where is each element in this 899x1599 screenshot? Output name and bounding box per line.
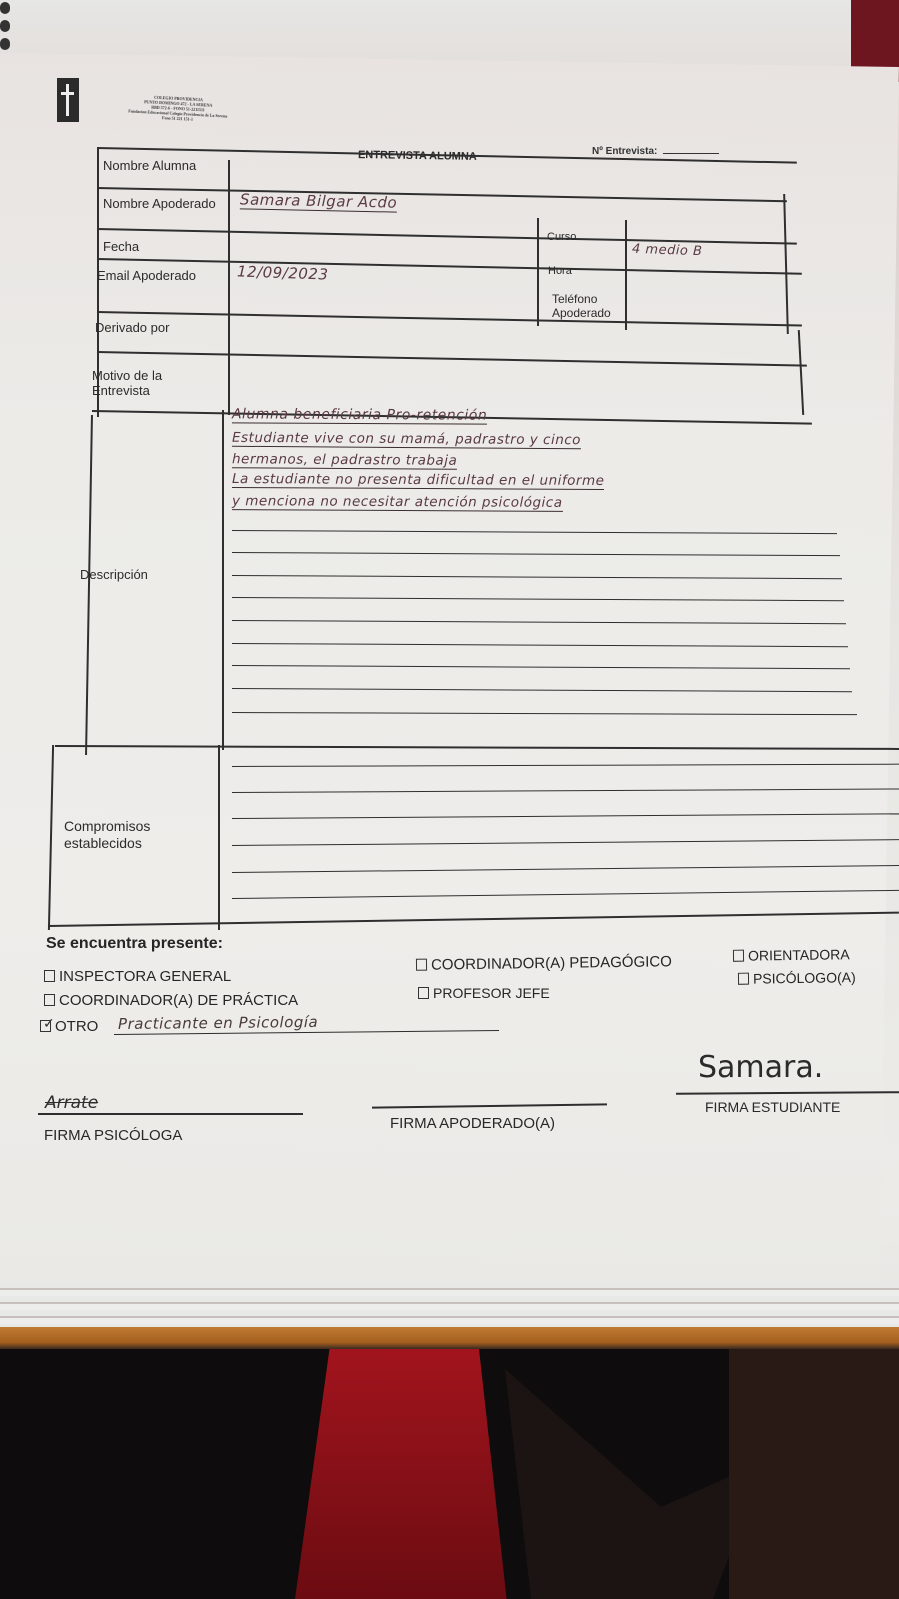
signature-line-psicologa — [38, 1113, 303, 1115]
value-curso[interactable]: 4 medio B — [632, 242, 703, 259]
value-motivo[interactable] — [236, 360, 776, 400]
label-firma-psicologa: FIRMA PSICÓLOGA — [44, 1127, 182, 1144]
signature-psicologa[interactable]: Arrate — [45, 1093, 98, 1113]
descripcion-line[interactable]: Alumna beneficiaria Pro-retención — [232, 406, 487, 424]
checkbox-coordinador-pedagogico[interactable]: COORDINADOR(A) PEDAGÓGICO — [416, 953, 672, 974]
label-curso: Curso — [547, 230, 576, 245]
label-nombre-apoderado: Nombre Apoderado — [103, 196, 216, 211]
checkbox-icon[interactable] — [416, 959, 427, 971]
checkbox-coordinador-practica[interactable]: COORDINADOR(A) DE PRÁCTICA — [44, 992, 298, 1009]
form-border-bottom — [48, 912, 899, 927]
checkbox-icon[interactable] — [418, 987, 429, 999]
ruled-line — [232, 764, 899, 768]
checkbox-icon[interactable] — [733, 950, 744, 962]
label-firma-estudiante: FIRMA ESTUDIANTE — [705, 1099, 840, 1115]
ruled-line — [232, 665, 850, 669]
label-telefono-apoderado: Teléfono Apoderado — [552, 292, 632, 320]
ruled-line — [232, 552, 840, 556]
ruled-line — [232, 620, 846, 624]
descripcion-line[interactable]: La estudiante no presenta dificultad en … — [232, 471, 605, 490]
label-column-divider — [218, 745, 220, 930]
descripcion-line[interactable]: hermanos, el padrastro trabaja — [232, 451, 457, 470]
checkbox-icon[interactable] — [738, 973, 749, 985]
ruled-line — [232, 890, 899, 899]
ruled-line — [232, 575, 842, 579]
form-border-right — [798, 330, 804, 415]
ruled-line — [232, 789, 899, 794]
descripcion-line[interactable]: y menciona no necesitar atención psicoló… — [232, 493, 563, 512]
present-title: Se encuentra presente: — [46, 935, 223, 953]
form-border-left — [48, 745, 54, 930]
label-compromisos: Compromisos establecidos — [64, 818, 194, 852]
value-fecha[interactable]: 12/09/2023 — [237, 262, 329, 283]
interview-form: Nombre Alumna Nombre Apoderado Fecha Ema… — [0, 0, 899, 1599]
value-hora[interactable] — [632, 270, 782, 286]
label-email-apoderado: Email Apoderado — [97, 268, 207, 283]
descripcion-line[interactable]: Estudiante vive con su mamá, padrastro y… — [232, 430, 581, 449]
label-derivado-por: Derivado por — [95, 320, 169, 335]
label-fecha: Fecha — [103, 239, 139, 254]
label-descripcion: Descripción — [80, 567, 148, 582]
label-hora: Hora — [548, 264, 572, 279]
mid-column-divider — [537, 218, 539, 326]
checkbox-orientadora[interactable]: ORIENTADORA — [733, 946, 850, 964]
ruled-line — [232, 688, 852, 692]
checkbox-icon[interactable] — [44, 994, 55, 1006]
label-nombre-alumna: Nombre Alumna — [103, 158, 196, 173]
checkbox-inspectora-general[interactable]: INSPECTORA GENERAL — [44, 968, 231, 985]
otro-value[interactable]: Practicante en Psicología — [118, 1013, 318, 1033]
checkbox-checked-icon[interactable]: ✓ — [40, 1020, 51, 1032]
signature-estudiante[interactable]: Samara. — [698, 1050, 823, 1085]
value-nombre-apoderado[interactable]: Samara Bilgar Acdo — [240, 190, 397, 212]
form-border-left — [85, 415, 92, 755]
checkbox-otro[interactable]: ✓OTRO — [40, 1018, 98, 1035]
ruled-line — [232, 712, 857, 715]
checkbox-psicologo[interactable]: PSICÓLOGO(A) — [738, 969, 856, 987]
row-line — [97, 228, 797, 244]
ruled-line — [232, 865, 899, 873]
value-telefono-apoderado[interactable] — [640, 300, 790, 316]
ruled-line — [232, 643, 848, 647]
label-column-divider — [222, 410, 224, 750]
value-derivado-por[interactable] — [236, 320, 776, 340]
label-firma-apoderado: FIRMA APODERADO(A) — [390, 1115, 555, 1132]
ruled-line — [232, 597, 844, 601]
row-line — [97, 147, 797, 163]
label-column-divider — [228, 160, 230, 415]
ruled-line — [232, 530, 837, 534]
checkbox-icon[interactable] — [44, 970, 55, 982]
ruled-line — [232, 813, 899, 819]
checkbox-profesor-jefe[interactable]: PROFESOR JEFE — [418, 985, 550, 1001]
row-line — [55, 745, 899, 749]
ruled-line — [232, 839, 899, 846]
label-motivo: Motivo de la Entrevista — [92, 368, 202, 398]
